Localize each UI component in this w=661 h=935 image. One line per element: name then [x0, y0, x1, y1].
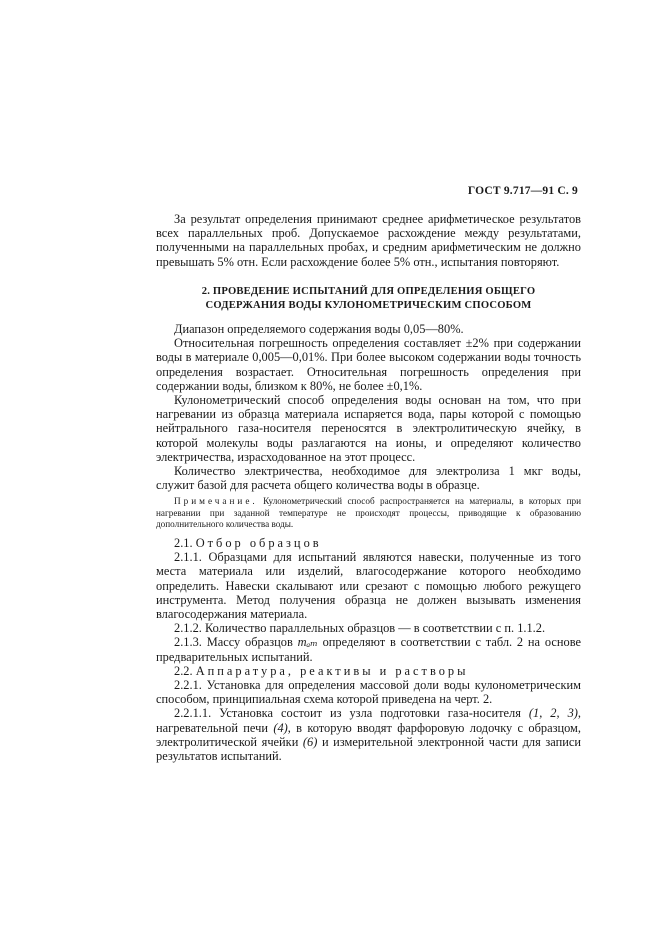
- subsection-number: 2.1.: [174, 536, 196, 550]
- ref-fragment: (6): [303, 735, 317, 749]
- paragraph-2-1-1: 2.1.1. Образцами для испытаний являются …: [156, 550, 581, 621]
- text-fragment: 2.2.1.1. Установка состоит из узла подго…: [174, 706, 529, 720]
- paragraph-2-1-3: 2.1.3. Массу образцов mₐₘ определяют в с…: [156, 635, 581, 663]
- electricity-paragraph: Количество электричества, необходимое дл…: [156, 464, 581, 492]
- section-2-title: 2. ПРОВЕДЕНИЕ ИСПЫТАНИЙ ДЛЯ ОПРЕДЕЛЕНИЯ …: [156, 285, 581, 313]
- range-paragraph: Диапазон определяемого содержания воды 0…: [156, 322, 581, 336]
- subsection-2-1-heading: 2.1. Отбор образцов: [156, 536, 581, 550]
- section-2-title-line1: 2. ПРОВЕДЕНИЕ ИСПЫТАНИЙ ДЛЯ ОПРЕДЕЛЕНИЯ …: [156, 285, 581, 299]
- subsection-2-2-heading: 2.2. Аппаратура, реактивы и растворы: [156, 664, 581, 678]
- section-2-title-line2: СОДЕРЖАНИЯ ВОДЫ КУЛОНОМЕТРИЧЕСКИМ СПОСОБ…: [156, 299, 581, 313]
- intro-paragraph: За результат определения принимают средн…: [156, 212, 581, 269]
- paragraph-2-1-2: 2.1.2. Количество параллельных образцов …: [156, 621, 581, 635]
- subsection-number: 2.2.: [174, 664, 196, 678]
- page-header: ГОСТ 9.717—91 С. 9: [398, 185, 578, 197]
- mass-symbol: mₐₘ: [298, 635, 318, 649]
- intro-paragraph-block: За результат определения принимают средн…: [156, 212, 581, 269]
- text-fragment: 2.1.3. Массу образцов: [174, 635, 298, 649]
- note-label: Примечание.: [174, 496, 258, 506]
- method-paragraph: Кулонометрический способ определения вод…: [156, 393, 581, 464]
- ref-fragment: (4): [273, 721, 287, 735]
- paragraph-2-2-1: 2.2.1. Установка для определения массово…: [156, 678, 581, 706]
- subsection-title: Отбор образцов: [196, 536, 322, 550]
- subsection-title: Аппаратура, реактивы и растворы: [196, 664, 469, 678]
- section-2-body: Диапазон определяемого содержания воды 0…: [156, 322, 581, 763]
- document-page: ГОСТ 9.717—91 С. 9 За результат определе…: [0, 0, 661, 935]
- error-paragraph: Относительная погрешность определения со…: [156, 336, 581, 393]
- ref-fragment: (1, 2, 3): [529, 706, 578, 720]
- note-paragraph: Примечание. Кулонометрический способ рас…: [156, 496, 581, 530]
- paragraph-2-2-1-1: 2.2.1.1. Установка состоит из узла подго…: [156, 706, 581, 763]
